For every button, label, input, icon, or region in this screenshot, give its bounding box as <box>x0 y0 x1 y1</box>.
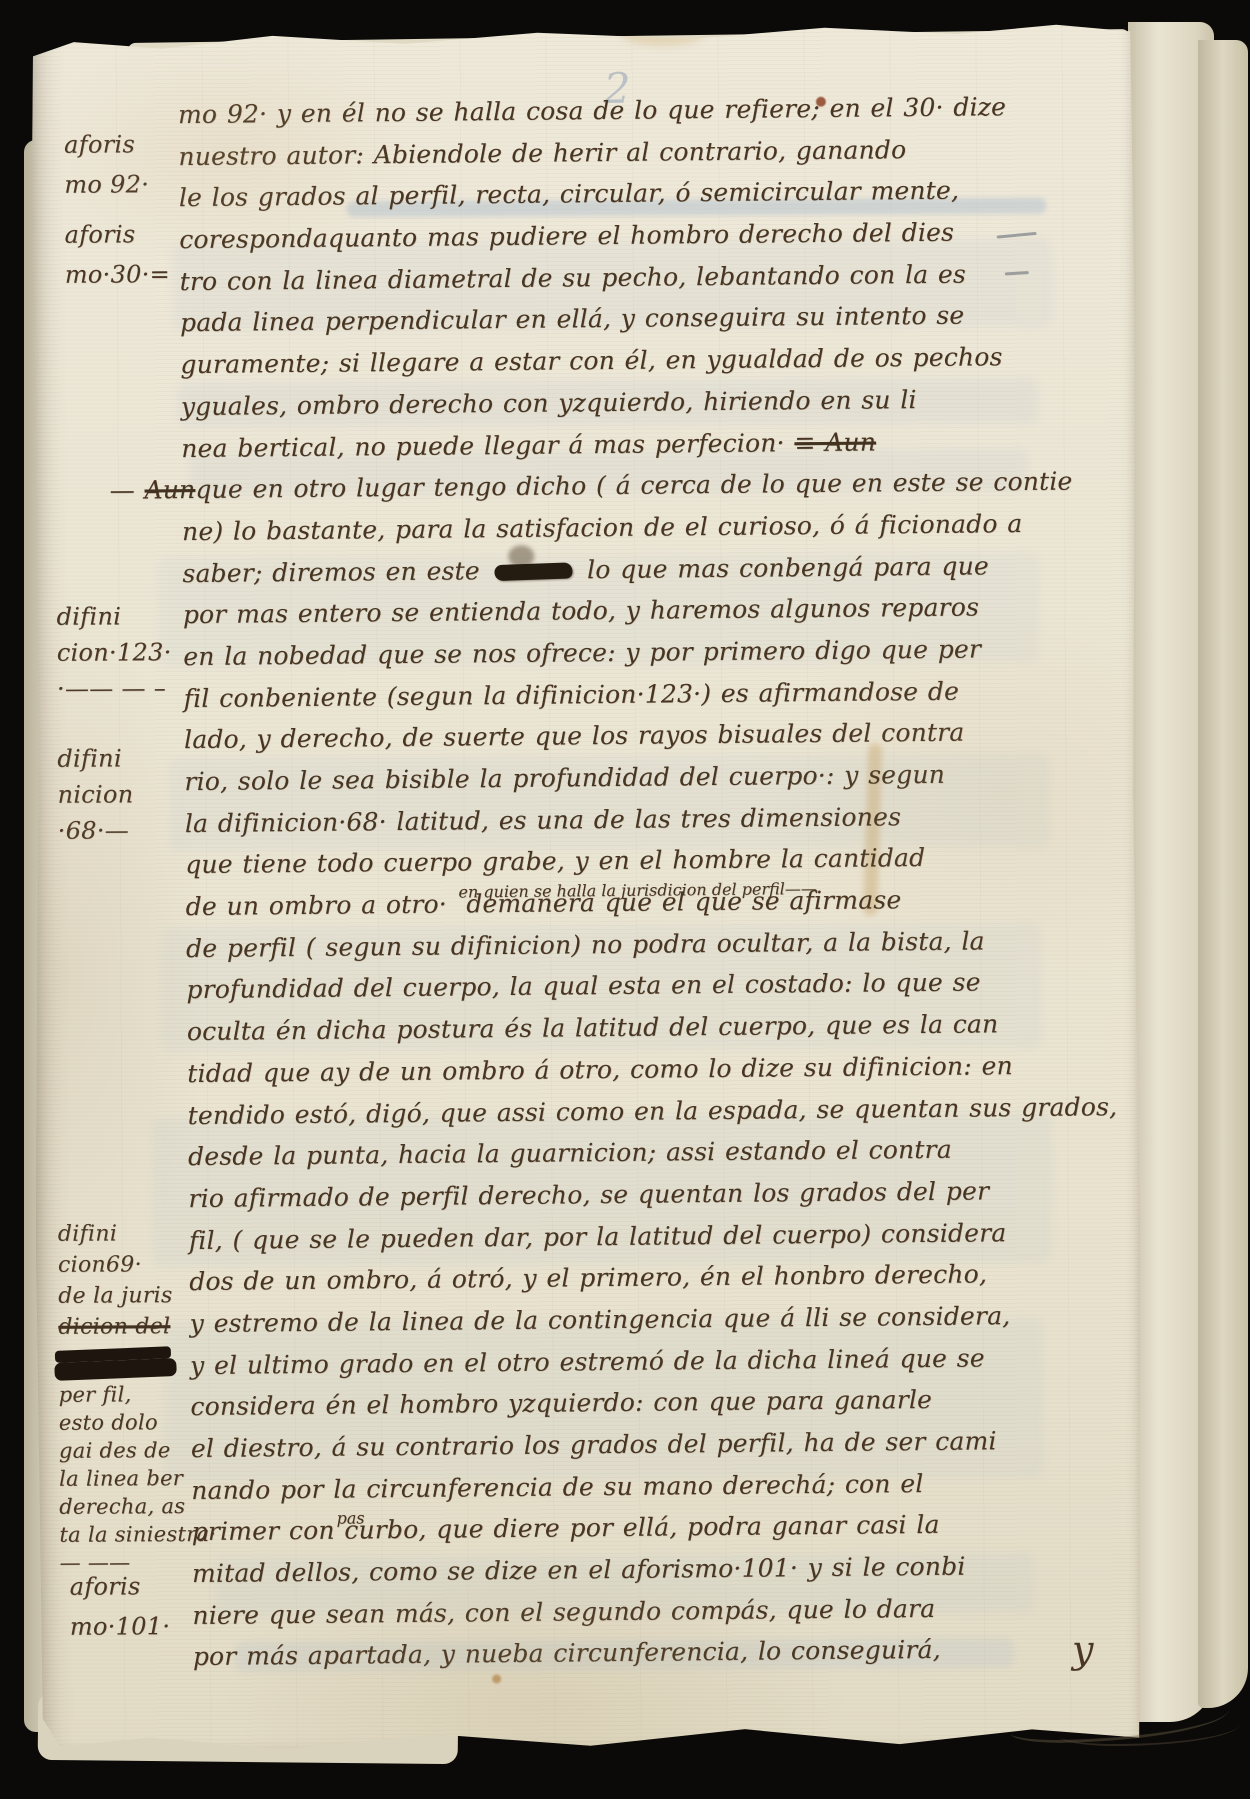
text-run: y estremo de la linea de la contingencia… <box>190 1301 1011 1338</box>
text-run: Aun <box>144 475 195 504</box>
margin-note-line: mo·101· <box>70 1606 171 1647</box>
text-run: yguales, ombro derecho con yzquierdo, hi… <box>181 385 917 421</box>
text-run: mitad dellos, como se dize en el aforism… <box>192 1552 966 1588</box>
margin-note-line: aforis <box>64 124 149 164</box>
text-run: el diestro, á su contrario los grados de… <box>191 1426 997 1463</box>
text-run: saber; diremos en este <box>182 556 489 588</box>
margin-note-line: mo·30·= <box>65 254 170 295</box>
text-run: niere que sean más, con el segundo compá… <box>192 1594 935 1630</box>
text-run: dos de un ombro, á otró, y el primero, é… <box>189 1260 987 1297</box>
stain <box>492 1674 501 1683</box>
text-run: — <box>110 476 145 505</box>
margin-note-line: de la juris <box>58 1280 176 1312</box>
text-run: oculta én dicha postura és la latitud de… <box>187 1009 999 1046</box>
text-run: fil, ( que se le pueden dar, por la lati… <box>189 1218 1007 1255</box>
catchword: y <box>1072 1627 1094 1671</box>
manuscript-scan: 2 aforismo 92· aforismo·30·= difinicion·… <box>0 0 1250 1799</box>
text-run: ne) lo bastante, para la satisfacion de … <box>182 509 1023 546</box>
margin-note-aforismo-30: aforismo·30·= <box>64 214 170 295</box>
text-run: nando por la circunferencia de su mano d… <box>191 1469 923 1505</box>
text-run: tidad que ay de un ombro á otro, como lo… <box>187 1051 1013 1088</box>
text-run: de perfil ( segun su difinicion) no podr… <box>186 926 985 963</box>
stain <box>620 19 704 45</box>
margin-note-line: ·—— — – <box>57 670 172 707</box>
text-run: en la nobedad que se nos ofrece: y por p… <box>183 634 981 671</box>
fore-edge-pages-outer <box>1198 40 1248 1708</box>
text-run: pada linea perpendicular en ellá, y cons… <box>180 301 965 338</box>
margin-note-difinicion-123: difinicion·123··—— — – <box>57 598 172 707</box>
text-run: lado, y derecho, de suerte que los rayos… <box>184 718 965 754</box>
text-run: curbo, que diere por ellá, podra ganar c… <box>335 1510 940 1545</box>
manuscript-line: por más apartada, y nueba circunferencia… <box>193 1627 1133 1678</box>
text-run: rio, solo le sea bisible la profundidad … <box>184 760 945 796</box>
text-run: fil conbeniente (segun la difinicion·123… <box>184 676 960 712</box>
text-run: que en otro lugar tengo dicho ( á cerca … <box>195 467 1072 504</box>
text-run: que tiene todo cuerpo grabe, y en el hom… <box>185 843 925 879</box>
text-run: mo 92· y en él no se halla cosa de lo qu… <box>178 92 1006 129</box>
ink-blot <box>54 1358 177 1381</box>
text-run: nea bertical, no puede llegar á mas perf… <box>181 428 794 463</box>
margin-note-line: difini <box>57 740 133 776</box>
text-run: tendido estó, digó, que assi como en la … <box>188 1092 1118 1130</box>
text-run: la difinicion·68· latitud, es una de las… <box>185 802 901 838</box>
margin-note-line: cion69· <box>58 1249 176 1281</box>
margin-note-difinicion-68: difininicion·68·— <box>57 740 134 848</box>
margin-note-aforismo-92: aforismo 92· <box>64 124 149 204</box>
text-run: lo que mas conbengá para que <box>577 551 989 584</box>
text-run: nuestro autor: Abiendole de herir al con… <box>178 135 906 171</box>
text-run: considera én el hombro yzquierdo: con qu… <box>190 1385 932 1421</box>
margin-note-line: cion·123· <box>57 634 172 671</box>
text-run: de un ombro a otro· <box>186 890 457 922</box>
margin-note-aforismo-101: aforismo·101· <box>70 1566 171 1647</box>
margin-note-line: aforis <box>64 214 169 255</box>
text-run: tro con la linea diametral de su pecho, … <box>180 259 967 296</box>
text-run: ≡ Aun <box>794 427 876 457</box>
text-run: desde la punta, hacia la guarnicion; ass… <box>188 1135 952 1171</box>
text-run: rio afirmado de perfil derecho, se quent… <box>188 1176 989 1213</box>
text-run: primer con <box>192 1516 335 1546</box>
page-curl-line <box>1060 1714 1240 1746</box>
text-run: corespondaquanto mas pudiere el hombro d… <box>179 218 954 254</box>
margin-note-line: ·68·— <box>58 812 134 848</box>
margin-note-line: nicion <box>57 776 133 812</box>
text-run: le los grados al perfil, recta, circular… <box>179 176 960 212</box>
text-run: profundidad del cuerpo, la qual esta en … <box>186 968 980 1005</box>
text-run: por mas entero se entienda todo, y harem… <box>183 593 979 630</box>
margin-note-difinicion-69: difinicion69·de la jurisdicion del <box>58 1218 177 1379</box>
text-run: por más apartada, y nueba circunferencia… <box>193 1635 941 1671</box>
text-block: mo 92· y en él no se halla cosa de lo qu… <box>178 85 1133 1678</box>
margin-note-line: difini <box>57 598 172 635</box>
text-run: y el ultimo grado en el otro estremó de … <box>190 1343 985 1380</box>
margin-note-line: difini <box>58 1218 176 1250</box>
text-run: guramente; si llegare a estar con él, en… <box>180 342 1002 379</box>
ink-blot <box>494 562 573 581</box>
manuscript-page: 2 aforismo 92· aforismo·30·= difinicion·… <box>29 5 1142 1761</box>
margin-note-line: dicion del <box>58 1311 176 1343</box>
margin-note-line: aforis <box>70 1566 171 1607</box>
margin-note-line: mo 92· <box>64 164 149 204</box>
